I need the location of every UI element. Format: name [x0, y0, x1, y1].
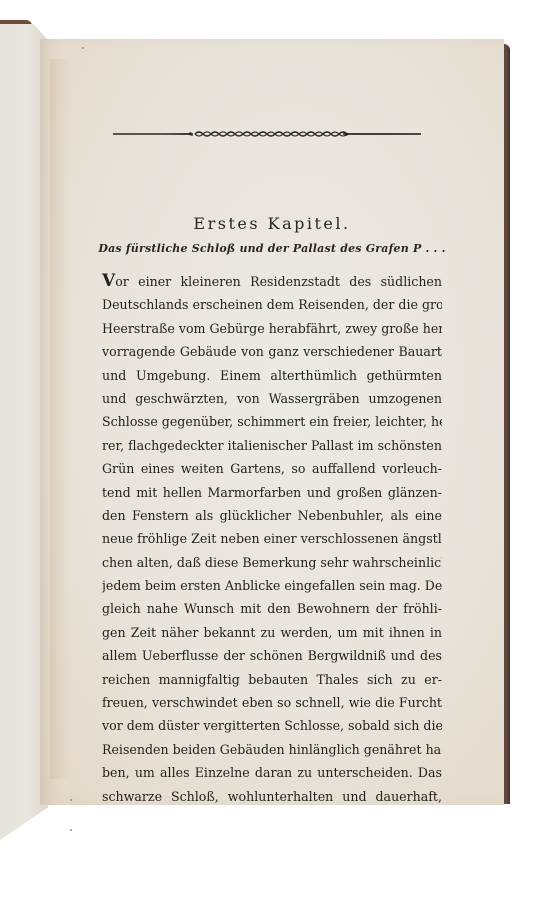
- text-line: Grün eines weiten Gartens, so auffallend…: [102, 457, 442, 480]
- text-line: neue fröhlige Zeit neben einer verschlos…: [102, 527, 442, 550]
- ornamental-rule-icon: [113, 129, 421, 139]
- text-line: allem Ueberflusse der schönen Bergwildni…: [102, 644, 442, 667]
- text-line: Schlosse gegenüber, schimmert ein freier…: [102, 410, 442, 433]
- book-page: Erstes Kapitel. Das fürstliche Schloß un…: [40, 39, 504, 805]
- text-line: und Umgebung. Einem alterthümlich gethür…: [102, 364, 442, 387]
- text-line: chen alten, daß diese Bemerkung sehr wah…: [102, 551, 442, 574]
- text-line: Deutschlands erscheinen dem Reisenden, d…: [102, 293, 442, 316]
- text-line: vorragende Gebäude von ganz verschiedene…: [102, 340, 442, 363]
- text-line: tend mit hellen Marmorfarben und großen …: [102, 481, 442, 504]
- chapter-title: Erstes Kapitel.: [40, 214, 504, 233]
- text-line: Heerstraße vom Gebürge herabfährt, zwey …: [102, 317, 442, 340]
- text-line: jedem beim ersten Anblicke eingefallen s…: [102, 574, 442, 597]
- text-line: schwarze Schloß, wohlunterhalten und dau…: [102, 785, 442, 808]
- paper-speck: [70, 829, 72, 831]
- text-line: gen Zeit näher bekannt zu werden, um mit…: [102, 621, 442, 644]
- gutter-shadow: [50, 59, 70, 779]
- text-line: Reisenden beiden Gebäuden hinlänglich ge…: [102, 738, 442, 761]
- paper-speck: [70, 799, 72, 801]
- chapter-subtitle: Das fürstliche Schloß und der Pallast de…: [40, 242, 504, 255]
- text-line: Vor einer kleineren Residenzstadt des sü…: [102, 270, 442, 293]
- text-line: rer, flachgedeckter italienischer Pallas…: [102, 434, 442, 457]
- body-text: Vor einer kleineren Residenzstadt des sü…: [102, 270, 442, 808]
- book-photo: Erstes Kapitel. Das fürstliche Schloß un…: [0, 0, 550, 900]
- text-line: und geschwärzten, von Wassergräben umzog…: [102, 387, 442, 410]
- text-line: vor dem düster vergitterten Schlosse, so…: [102, 714, 442, 737]
- paper-speck: [82, 47, 84, 49]
- text-line: freuen, verschwindet eben so schnell, wi…: [102, 691, 442, 714]
- text-line: reichen mannigfaltig bebauten Thales sic…: [102, 668, 442, 691]
- text-line: den Fenstern als glücklicher Nebenbuhler…: [102, 504, 442, 527]
- text-line: ben, um alles Einzelne daran zu untersch…: [102, 761, 442, 784]
- text-line: gleich nahe Wunsch mit den Bewohnern der…: [102, 597, 442, 620]
